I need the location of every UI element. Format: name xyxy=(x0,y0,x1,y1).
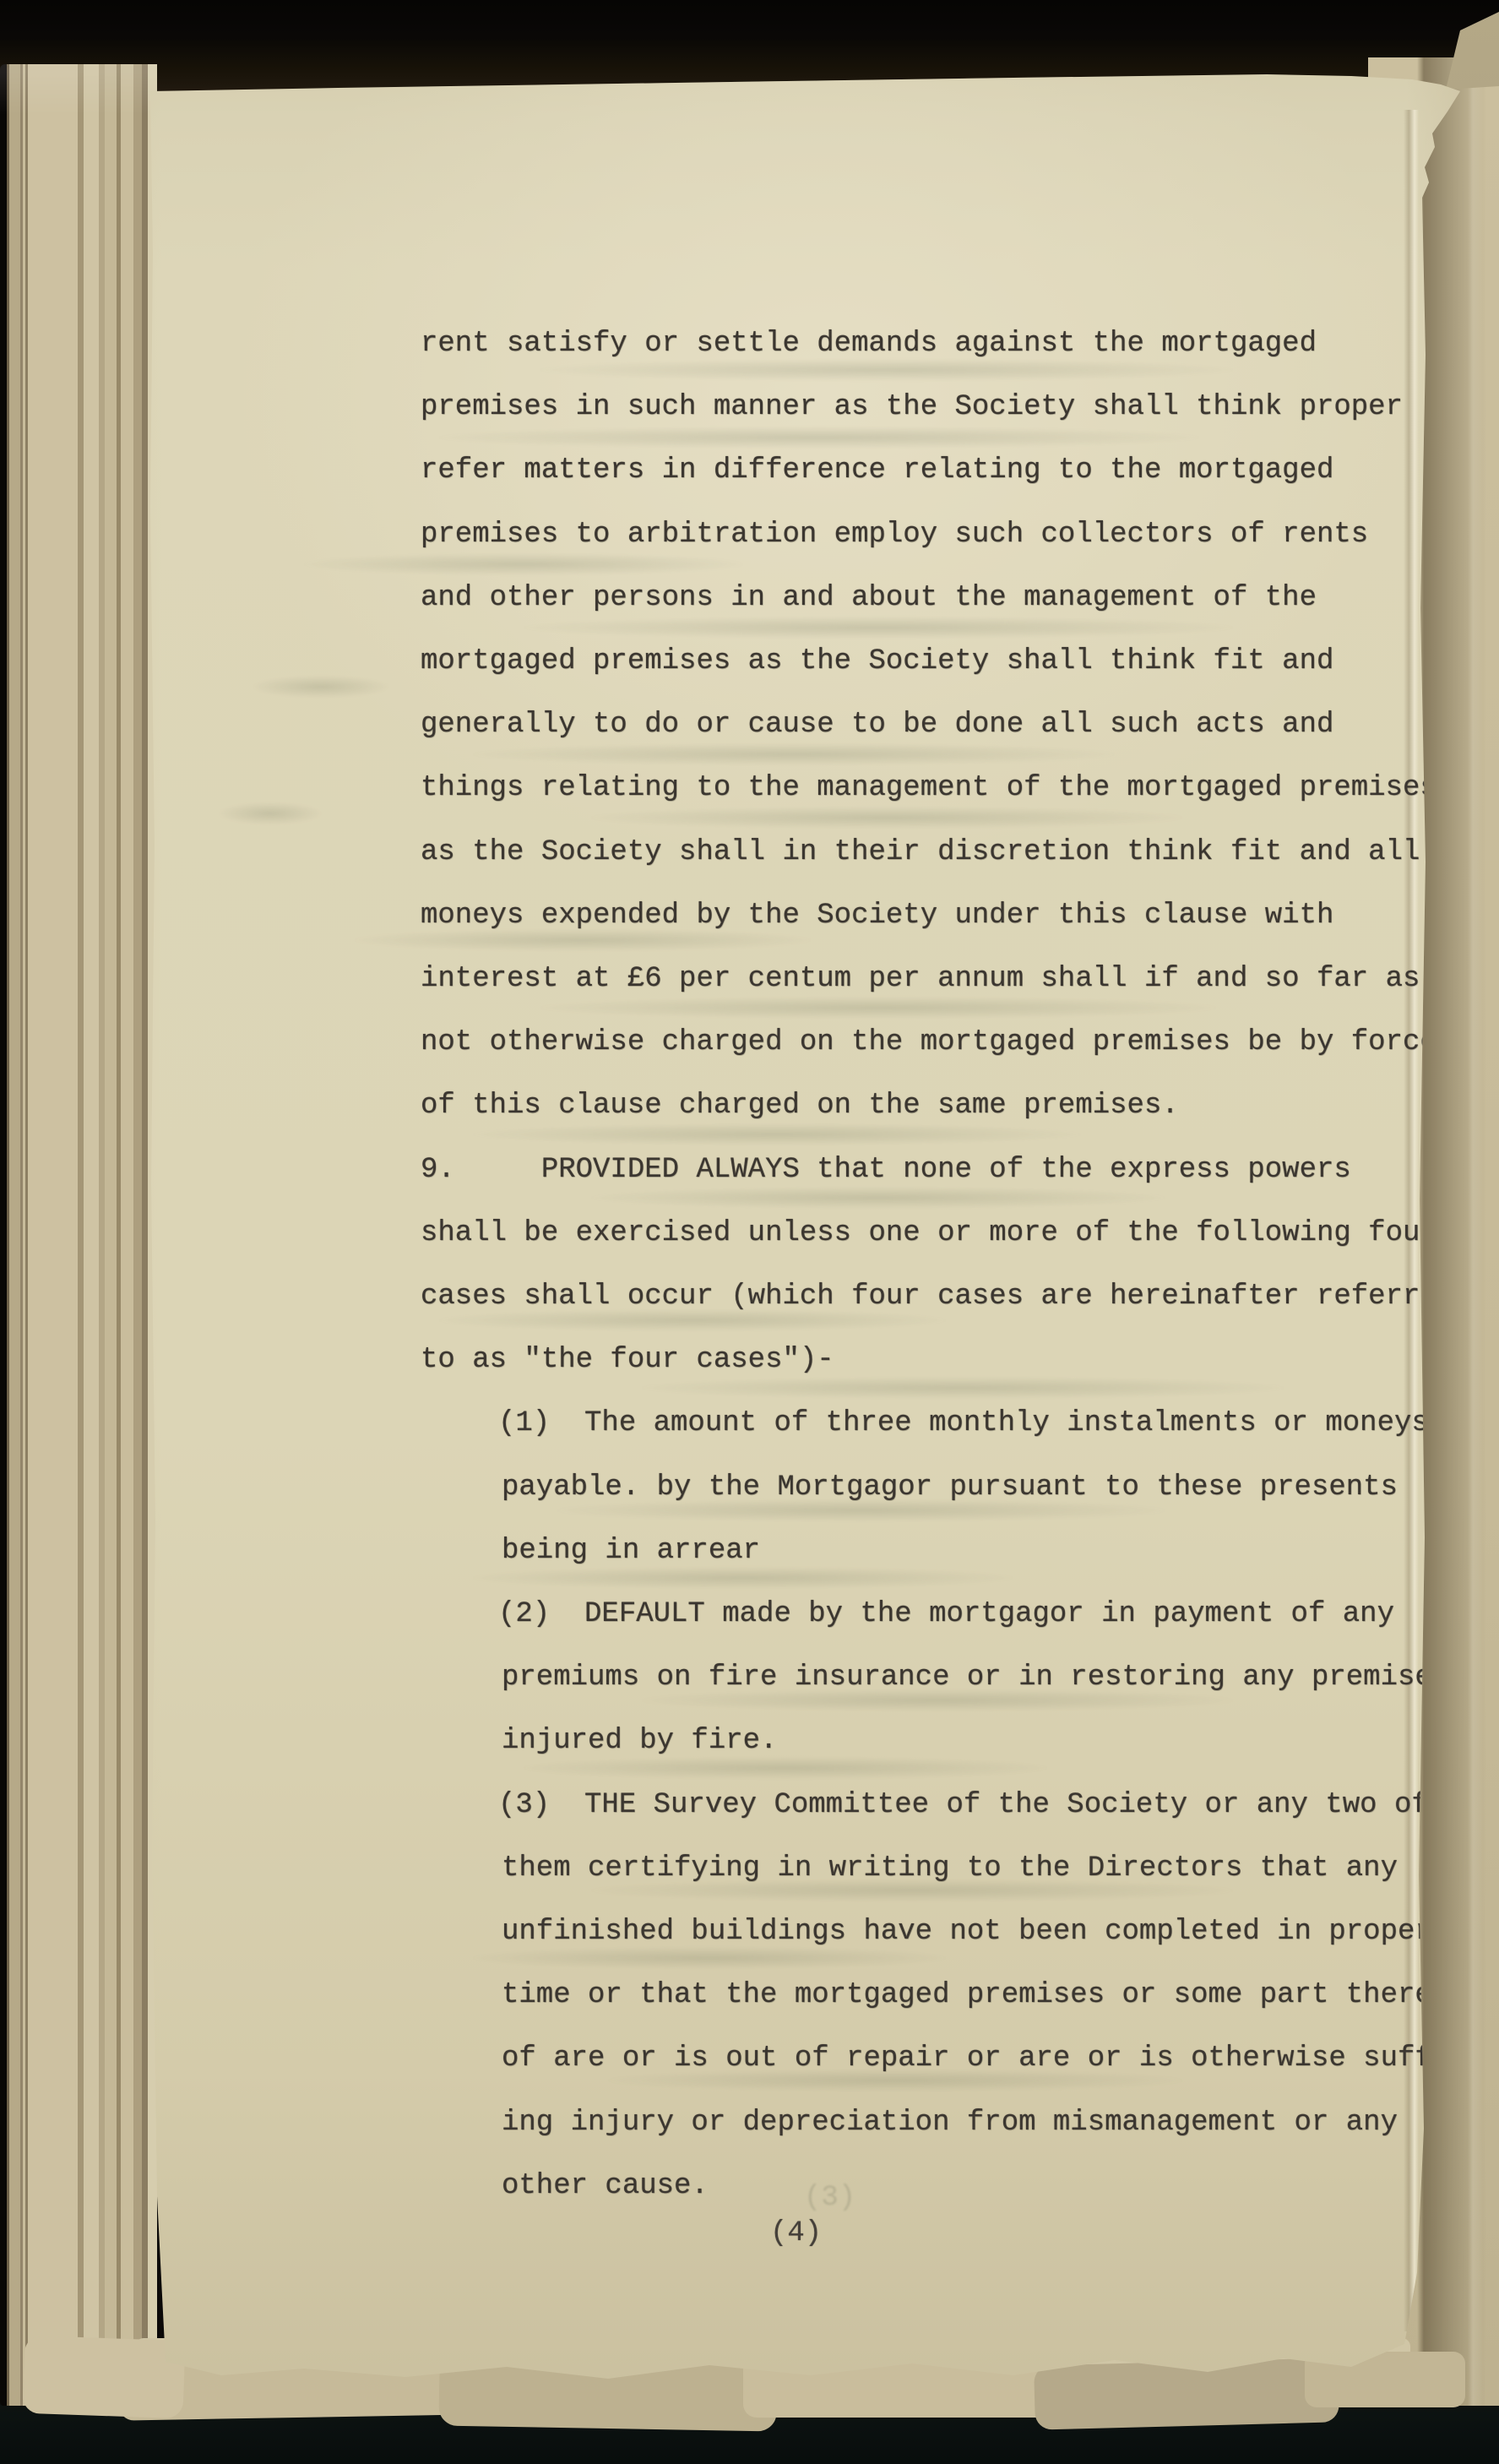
text-line: premises to arbitration employ such coll… xyxy=(421,516,1368,553)
text-line: refer matters in difference relating to … xyxy=(421,452,1333,489)
text-line: other cause. xyxy=(502,2168,709,2205)
text-line: payable. by the Mortgagor pursuant to th… xyxy=(502,1469,1398,1506)
bottom-torn-edge xyxy=(22,2336,185,2419)
text-line: to as "the four cases")- xyxy=(421,1341,834,1379)
text-line: time or that the mortgaged premises or s… xyxy=(502,1977,1449,2014)
document-page: rent satisfy or settle demands against t… xyxy=(0,0,1499,2464)
text-layer: rent satisfy or settle demands against t… xyxy=(0,0,1499,2464)
text-line: generally to do or cause to be done all … xyxy=(421,706,1333,743)
text-line: cases shall occur (which four cases are … xyxy=(421,1278,1454,1315)
text-line: (2) DEFAULT made by the mortgagor in pay… xyxy=(498,1596,1394,1633)
text-line: things relating to the management of the… xyxy=(421,770,1437,807)
text-line: moneys expended by the Society under thi… xyxy=(421,897,1333,934)
text-line: and other persons in and about the manag… xyxy=(421,579,1317,617)
text-line: them certifying in writing to the Direct… xyxy=(502,1850,1398,1887)
text-line: unfinished buildings have not been compl… xyxy=(502,1913,1432,1950)
text-line: premises in such manner as the Society s… xyxy=(421,389,1403,426)
text-line: of this clause charged on the same premi… xyxy=(421,1087,1179,1124)
text-line: mortgaged premises as the Society shall … xyxy=(421,643,1333,680)
text-line: as the Society shall in their discretion… xyxy=(421,834,1420,871)
text-line: of are or is out of repair or are or is … xyxy=(502,2040,1467,2077)
text-line: 9. PROVIDED ALWAYS that none of the expr… xyxy=(421,1151,1351,1188)
text-line: (3) THE Survey Committee of the Society … xyxy=(498,1787,1429,1824)
text-line: injured by fire. xyxy=(502,1722,777,1760)
text-line: ing injury or depreciation from mismanag… xyxy=(502,2104,1398,2141)
text-line: premiums on fire insurance or in restori… xyxy=(502,1659,1449,1696)
text-line: (1) The amount of three monthly instalme… xyxy=(498,1405,1429,1442)
text-line: rent satisfy or settle demands against t… xyxy=(421,325,1317,362)
text-line: interest at £6 per centum per annum shal… xyxy=(421,960,1420,998)
left-page-edge-stack xyxy=(0,64,157,2406)
text-line: not otherwise charged on the mortgaged p… xyxy=(421,1024,1437,1061)
text-line: shall be exercised unless one or more of… xyxy=(421,1215,1437,1252)
text-line: being in arrear xyxy=(502,1532,760,1569)
